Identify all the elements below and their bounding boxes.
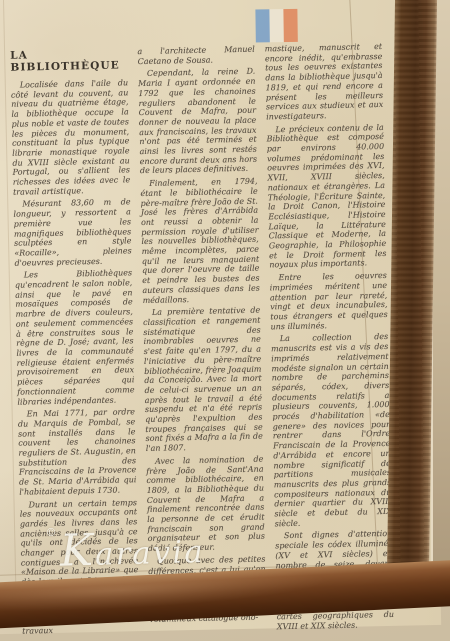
- french-flag-icon: [255, 9, 297, 43]
- paragraph: Entre les oeuvres imprimées méritent une…: [269, 271, 388, 332]
- paragraph: Cependant, la reine D. Maria I ayant ord…: [138, 67, 258, 176]
- paragraph: Mésurant 83,60 m de longueur, y ressorte…: [13, 198, 132, 268]
- paragraph: mastique, manuscrit et encore inédit, qu…: [265, 42, 384, 122]
- text-column-3: mastique, manuscrit et encore inédit, qu…: [265, 42, 395, 600]
- framed-document-photo: LA BIBLIOTHÈQUE Localisée dans l'aile du…: [0, 0, 450, 600]
- watermark: ©Karavia: [45, 522, 205, 577]
- flag-stripe-white: [269, 9, 283, 42]
- flag-stripe-red: [283, 9, 297, 42]
- picture-frame-right: [387, 0, 437, 584]
- paragraph: Les Bibliothèques qu'encadrent le salon …: [15, 269, 135, 407]
- paragraph: Finalement, en 1794, étant le bibliothéc…: [140, 177, 260, 306]
- watermark-text: Karavia: [59, 522, 205, 577]
- paragraph: Localisée dans l'aile du côté levant du …: [11, 78, 131, 197]
- text-column-1: LA BIBLIOTHÈQUE Localisée dans l'aile du…: [10, 47, 140, 600]
- paragraph: La collection des manuscrits est vis a v…: [271, 332, 392, 528]
- page-title: LA BIBLIOTHÈQUE: [10, 47, 128, 73]
- paragraph: La première tentative de classification …: [143, 306, 263, 454]
- document-page: LA BIBLIOTHÈQUE Localisée dans l'aile du…: [0, 0, 441, 600]
- flag-stripe-blue: [255, 9, 269, 42]
- text-column-2: a l'architecte Manuel Caetano de Sousa. …: [137, 45, 267, 600]
- paragraph: Le précieux contenu de la Bibliothèque e…: [266, 123, 386, 271]
- paragraph: En Mai 1771, par ordre du Marquis de Pom…: [18, 407, 137, 497]
- paragraph: a l'architecte Manuel Caetano de Sousa.: [137, 45, 255, 67]
- document-body: LA BIBLIOTHÈQUE Localisée dans l'aile du…: [10, 42, 394, 600]
- copyright-icon: ©: [45, 526, 56, 539]
